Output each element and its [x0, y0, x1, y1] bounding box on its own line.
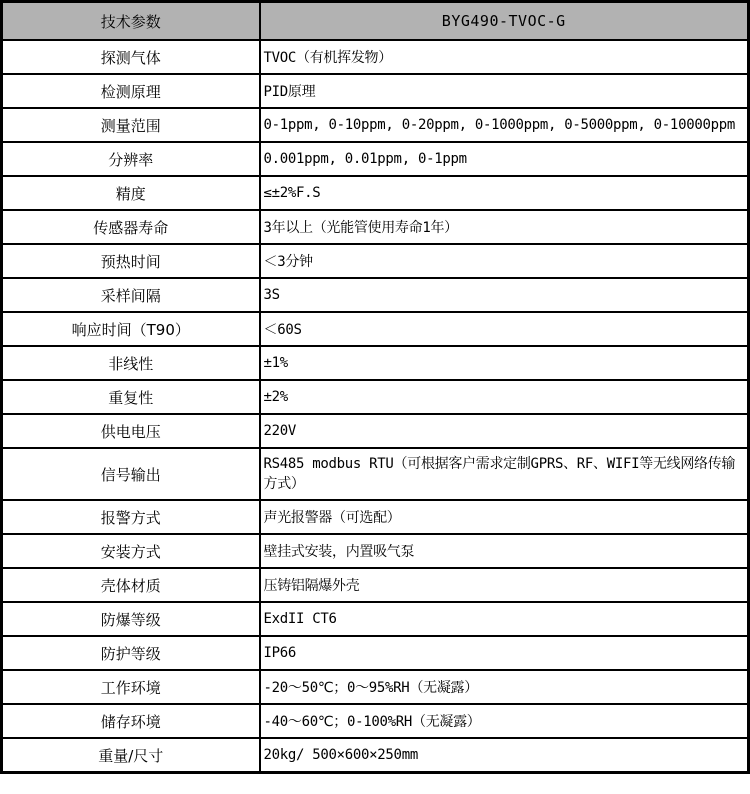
param-value-cell: 声光报警器（可选配）	[260, 500, 749, 534]
spec-table-body: 探测气体 TVOC（有机挥发物） 检测原理 PID原理 测量范围 0-1ppm,…	[2, 40, 749, 773]
table-row: 测量范围 0-1ppm, 0-10ppm, 0-20ppm, 0-1000ppm…	[2, 108, 749, 142]
spec-table: 技术参数 BYG490-TVOC-G 探测气体 TVOC（有机挥发物） 检测原理…	[0, 0, 750, 774]
param-value-cell: RS485 modbus RTU（可根据客户需求定制GPRS、RF、WIFI等无…	[260, 448, 749, 500]
table-row: 重复性 ±2%	[2, 380, 749, 414]
param-value-cell: 220V	[260, 414, 749, 448]
param-label-cell: 壳体材质	[2, 568, 260, 602]
table-row: 预热时间 ＜3分钟	[2, 244, 749, 278]
param-value-cell: 0-1ppm, 0-10ppm, 0-20ppm, 0-1000ppm, 0-5…	[260, 108, 749, 142]
param-label-cell: 工作环境	[2, 670, 260, 704]
param-label-cell: 报警方式	[2, 500, 260, 534]
model-header-cell: BYG490-TVOC-G	[260, 2, 749, 41]
param-value-cell: 壁挂式安装，内置吸气泵	[260, 534, 749, 568]
param-value-cell: 0.001ppm, 0.01ppm, 0-1ppm	[260, 142, 749, 176]
table-row: 响应时间（T90） ＜60S	[2, 312, 749, 346]
table-row: 分辨率 0.001ppm, 0.01ppm, 0-1ppm	[2, 142, 749, 176]
param-label-cell: 重量/尺寸	[2, 738, 260, 773]
param-label-cell: 分辨率	[2, 142, 260, 176]
param-label-cell: 防护等级	[2, 636, 260, 670]
param-value-cell: 3S	[260, 278, 749, 312]
table-header-row: 技术参数 BYG490-TVOC-G	[2, 2, 749, 41]
param-label-cell: 储存环境	[2, 704, 260, 738]
table-row: 工作环境 -20～50℃；0～95%RH（无凝露）	[2, 670, 749, 704]
param-label-cell: 测量范围	[2, 108, 260, 142]
table-row: 防爆等级 ExdII CT6	[2, 602, 749, 636]
param-label-cell: 非线性	[2, 346, 260, 380]
table-row: 采样间隔 3S	[2, 278, 749, 312]
param-label-cell: 响应时间（T90）	[2, 312, 260, 346]
param-value-cell: -40～60℃；0-100%RH（无凝露）	[260, 704, 749, 738]
param-value-cell: IP66	[260, 636, 749, 670]
param-value-cell: PID原理	[260, 74, 749, 108]
param-value-cell: ≤±2%F.S	[260, 176, 749, 210]
table-row: 非线性 ±1%	[2, 346, 749, 380]
param-value-cell: 20kg/ 500×600×250mm	[260, 738, 749, 773]
table-row: 传感器寿命 3年以上（光能管使用寿命1年）	[2, 210, 749, 244]
table-row: 防护等级 IP66	[2, 636, 749, 670]
param-label-cell: 信号输出	[2, 448, 260, 500]
param-value-cell: 3年以上（光能管使用寿命1年）	[260, 210, 749, 244]
param-label-cell: 预热时间	[2, 244, 260, 278]
param-label-cell: 采样间隔	[2, 278, 260, 312]
param-label-cell: 安装方式	[2, 534, 260, 568]
param-label-cell: 精度	[2, 176, 260, 210]
table-row: 储存环境 -40～60℃；0-100%RH（无凝露）	[2, 704, 749, 738]
table-row: 重量/尺寸 20kg/ 500×600×250mm	[2, 738, 749, 773]
param-label-cell: 探测气体	[2, 40, 260, 74]
table-row: 信号输出 RS485 modbus RTU（可根据客户需求定制GPRS、RF、W…	[2, 448, 749, 500]
table-row: 精度 ≤±2%F.S	[2, 176, 749, 210]
param-value-cell: ExdII CT6	[260, 602, 749, 636]
table-row: 探测气体 TVOC（有机挥发物）	[2, 40, 749, 74]
table-row: 报警方式 声光报警器（可选配）	[2, 500, 749, 534]
param-value-cell: 压铸铝隔爆外壳	[260, 568, 749, 602]
param-value-cell: ＜3分钟	[260, 244, 749, 278]
table-row: 供电电压 220V	[2, 414, 749, 448]
param-value-cell: ±1%	[260, 346, 749, 380]
param-value-cell: TVOC（有机挥发物）	[260, 40, 749, 74]
table-row: 壳体材质 压铸铝隔爆外壳	[2, 568, 749, 602]
param-label-cell: 重复性	[2, 380, 260, 414]
table-row: 安装方式 壁挂式安装，内置吸气泵	[2, 534, 749, 568]
param-label-cell: 检测原理	[2, 74, 260, 108]
param-label-cell: 防爆等级	[2, 602, 260, 636]
param-value-cell: ＜60S	[260, 312, 749, 346]
param-value-cell: ±2%	[260, 380, 749, 414]
table-row: 检测原理 PID原理	[2, 74, 749, 108]
param-value-cell: -20～50℃；0～95%RH（无凝露）	[260, 670, 749, 704]
param-label-cell: 传感器寿命	[2, 210, 260, 244]
param-header-cell: 技术参数	[2, 2, 260, 41]
param-label-cell: 供电电压	[2, 414, 260, 448]
